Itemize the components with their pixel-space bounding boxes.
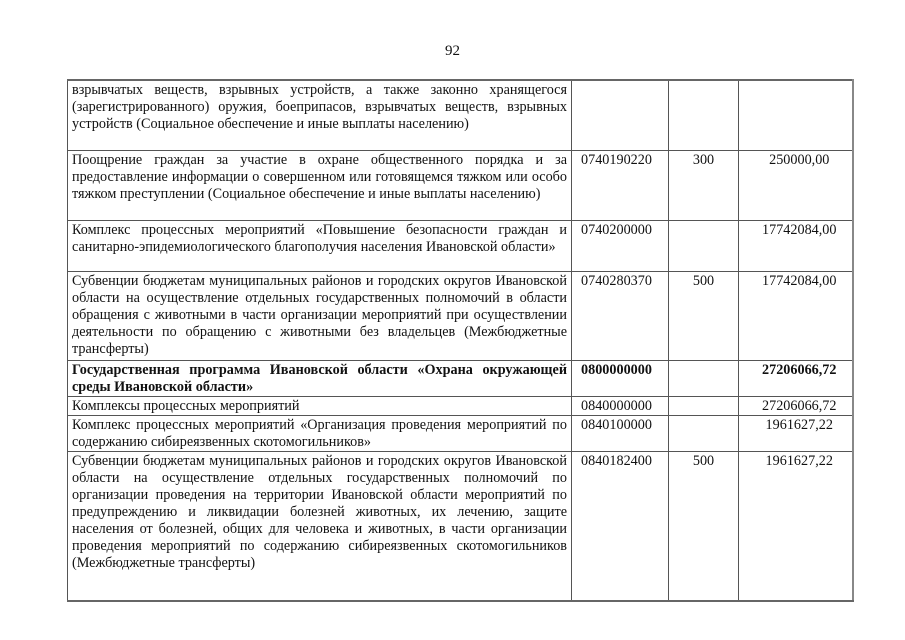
row-amount: 17742084,00 (739, 220, 853, 271)
row-target-code: 0840100000 (572, 415, 669, 451)
table-row: Субвенции бюджетам муниципальных районов… (68, 271, 853, 360)
row-description: взрывчатых веществ, взрывных устройств, … (68, 80, 572, 150)
row-amount: 27206066,72 (739, 360, 853, 396)
row-description: Субвенции бюджетам муниципальных районов… (68, 451, 572, 601)
row-expense-type: 300 (669, 150, 739, 220)
row-description: Субвенции бюджетам муниципальных районов… (68, 271, 572, 360)
table-row: Субвенции бюджетам муниципальных районов… (68, 451, 853, 601)
table-row: Поощрение граждан за участие в охране об… (68, 150, 853, 220)
table-row: Комплекс процессных мероприятий «Повышен… (68, 220, 853, 271)
budget-table: взрывчатых веществ, взрывных устройств, … (67, 79, 854, 602)
row-amount: 1961627,22 (739, 451, 853, 601)
row-expense-type: 500 (669, 451, 739, 601)
table-row: взрывчатых веществ, взрывных устройств, … (68, 80, 853, 150)
row-expense-type (669, 396, 739, 415)
row-target-code: 0740280370 (572, 271, 669, 360)
row-description: Комплексы процессных мероприятий (68, 396, 572, 415)
row-target-code: 0740190220 (572, 150, 669, 220)
row-target-code: 0840000000 (572, 396, 669, 415)
table-row: Комплекс процессных мероприятий «Организ… (68, 415, 853, 451)
row-target-code (572, 80, 669, 150)
row-description: Государственная программа Ивановской обл… (68, 360, 572, 396)
row-expense-type (669, 415, 739, 451)
table-row: Государственная программа Ивановской обл… (68, 360, 853, 396)
row-description: Комплекс процессных мероприятий «Организ… (68, 415, 572, 451)
row-description: Поощрение граждан за участие в охране об… (68, 150, 572, 220)
row-amount: 17742084,00 (739, 271, 853, 360)
row-expense-type (669, 80, 739, 150)
row-description: Комплекс процессных мероприятий «Повышен… (68, 220, 572, 271)
row-target-code: 0840182400 (572, 451, 669, 601)
row-amount: 250000,00 (739, 150, 853, 220)
row-amount (739, 80, 853, 150)
row-amount: 1961627,22 (739, 415, 853, 451)
row-target-code: 0740200000 (572, 220, 669, 271)
table-row: Комплексы процессных мероприятий 0840000… (68, 396, 853, 415)
row-target-code: 0800000000 (572, 360, 669, 396)
row-expense-type (669, 360, 739, 396)
row-expense-type (669, 220, 739, 271)
page-number: 92 (0, 43, 905, 60)
row-expense-type: 500 (669, 271, 739, 360)
row-amount: 27206066,72 (739, 396, 853, 415)
